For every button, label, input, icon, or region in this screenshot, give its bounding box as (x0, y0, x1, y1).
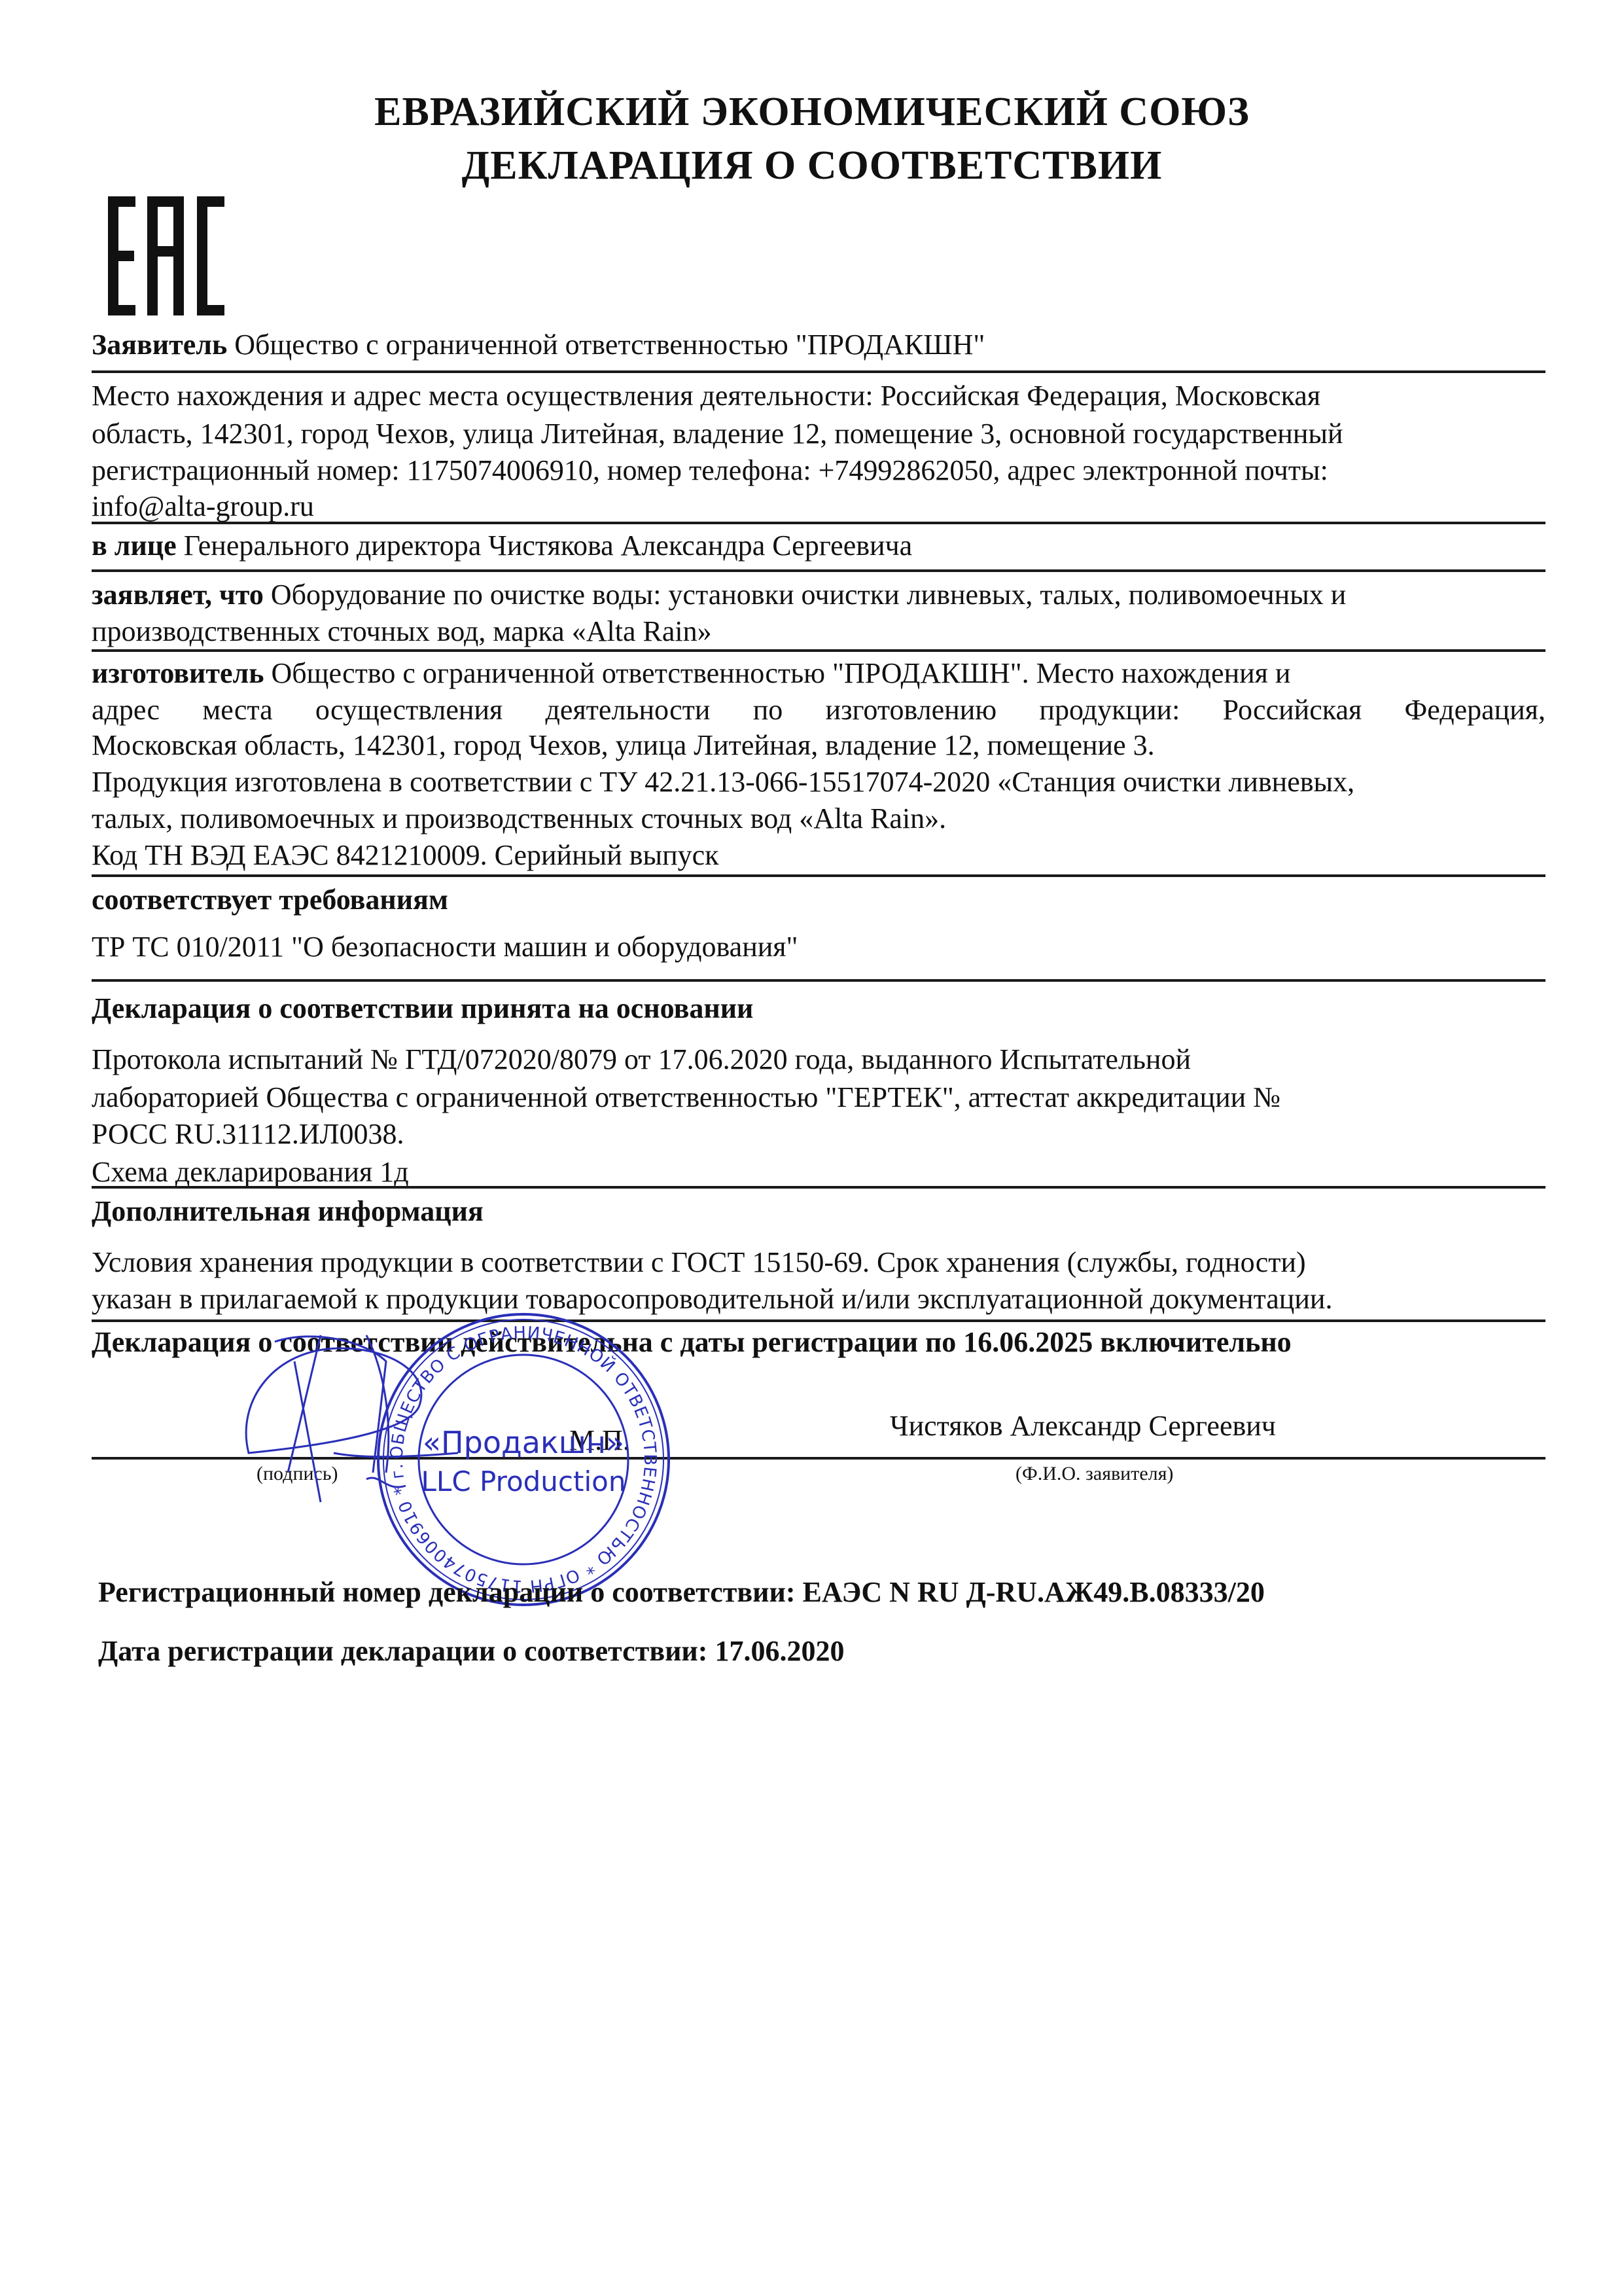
basis-line: РОСС RU.31112.ИЛ0038. (92, 1115, 404, 1153)
divider (92, 370, 1545, 373)
manufacturer-line: Продукция изготовлена в соответствии с Т… (92, 763, 1354, 801)
registration-date-value: 17.06.2020 (715, 1635, 844, 1667)
manufacturer-row: изготовитель Общество с ограниченной отв… (92, 655, 1545, 692)
divider (92, 874, 1545, 877)
declares-value: Оборудование по очистке воды: установки … (271, 579, 1346, 611)
requirements-value: ТР ТС 010/2011 "О безопасности машин и о… (92, 928, 798, 966)
divider (92, 649, 1545, 652)
applicant-value: Общество с ограниченной ответственностью… (234, 329, 985, 361)
representative-row: в лице Генерального директора Чистякова … (92, 527, 912, 565)
address-line: Место нахождения и адрес места осуществл… (92, 377, 1320, 415)
basis-line: лабораторией Общества с ограниченной отв… (92, 1079, 1280, 1117)
requirements-label: соответствует требованиям (92, 881, 448, 919)
address-line: область, 142301, город Чехов, улица Лите… (92, 415, 1343, 453)
hs-code-line: Код ТН ВЭД ЕАЭС 8421210009. Серийный вып… (92, 836, 719, 874)
name-caption: (Ф.И.О. заявителя) (1015, 1462, 1173, 1486)
manufacturer-value: Общество с ограниченной ответственностью… (271, 657, 1290, 689)
stamp-center-en: LLC Production (421, 1465, 626, 1498)
document-title: ДЕКЛАРАЦИЯ О СООТВЕТСТВИИ (0, 145, 1624, 186)
email-value: info@alta-group.ru (92, 488, 314, 526)
registration-number-value: ЕАЭС N RU Д-RU.АЖ49.В.08333/20 (803, 1576, 1265, 1608)
registration-date-label: Дата регистрации декларации о соответств… (98, 1635, 707, 1667)
basis-line: Протокола испытаний № ГТД/072020/8079 от… (92, 1041, 1191, 1079)
declares-row: заявляет, что Оборудование по очистке во… (92, 576, 1346, 614)
manufacturer-line: талых, поливомоечных и производственных … (92, 800, 946, 838)
applicant-name: Чистяков Александр Сергеевич (890, 1407, 1276, 1445)
manufacturer-line: адрес места осуществления деятельности п… (92, 691, 1545, 729)
additional-line: Условия хранения продукции в соответстви… (92, 1244, 1306, 1282)
additional-line: указан в прилагаемой к продукции товарос… (92, 1280, 1332, 1318)
manufacturer-line: Московская область, 142301, город Чехов,… (92, 726, 1155, 764)
basis-label: Декларация о соответствии принята на осн… (92, 990, 753, 1028)
union-title: ЕВРАЗИЙСКИЙ ЭКОНОМИЧЕСКИЙ СОЮЗ (0, 92, 1624, 132)
applicant-label: Заявитель (92, 329, 227, 361)
declares-label: заявляет, что (92, 579, 264, 611)
eac-logo-icon (108, 196, 224, 315)
company-stamp-icon: ОБЩЕСТВО С ОГРАНИЧЕННОЙ ОТВЕТСТВЕННОСТЬЮ… (373, 1309, 674, 1610)
stamp-center-ru: «Продакшн» (423, 1425, 624, 1460)
declares-line: производственных сточных вод, марка «Alt… (92, 613, 712, 651)
divider (92, 522, 1545, 524)
applicant-row: Заявитель Общество с ограниченной ответс… (92, 326, 985, 364)
additional-label: Дополнительная информация (92, 1193, 484, 1230)
representative-value: Генерального директора Чистякова Алексан… (184, 529, 913, 562)
divider (92, 1186, 1545, 1189)
registration-date-row: Дата регистрации декларации о соответств… (98, 1632, 844, 1670)
divider (92, 979, 1545, 982)
manufacturer-label: изготовитель (92, 657, 264, 689)
registration-number-label: Регистрационный номер декларации о соотв… (98, 1576, 796, 1608)
divider (92, 569, 1545, 572)
address-line: регистрационный номер: 1175074006910, но… (92, 452, 1328, 490)
registration-number-row: Регистрационный номер декларации о соотв… (98, 1573, 1265, 1611)
representative-label: в лице (92, 529, 177, 562)
